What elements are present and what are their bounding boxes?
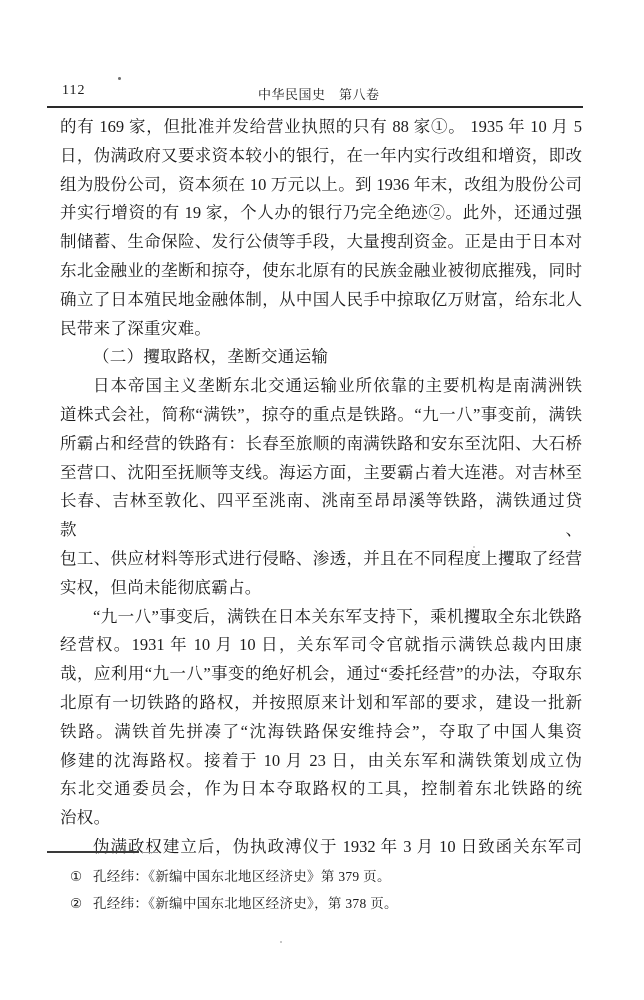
body-text: 的有 169 家，但批准并发给营业执照的只有 88 家①。 1935 年 10 …	[60, 113, 582, 862]
footnote-rule	[47, 851, 139, 853]
body-line: 确立了日本殖民地金融体制，从中国人民手中掠取亿万财富，给东北人	[60, 286, 582, 315]
scan-speck	[280, 941, 282, 943]
scan-speck	[118, 77, 121, 80]
body-line: 长春、吉林至敦化、四平至洮南、洮南至昂昂溪等铁路，满铁通过贷款、	[60, 487, 582, 545]
footnote-item: ②孔经纬：《新编中国东北地区经济史》，第 378 页。	[70, 890, 570, 917]
body-line: “九一八”事变后，满铁在日本关东军支持下，乘机攫取全东北铁路	[60, 603, 582, 632]
header-rule	[47, 106, 583, 108]
body-line: 经营权。1931 年 10 月 10 日，关东军司令官就指示满铁总裁内田康	[60, 631, 582, 660]
footnote-marker: ①	[70, 863, 93, 890]
body-line: 包工、供应材料等形式进行侵略、渗透，并且在不同程度上攫取了经营	[60, 545, 582, 574]
body-line: 东北交通委员会，作为日本夺取路权的工具，控制着东北铁路的统	[60, 775, 582, 804]
body-line: （二）攫取路权，垄断交通运输	[60, 343, 582, 372]
body-line: 哉，应利用“九一八”事变的绝好机会，通过“委托经营”的办法，夺取东	[60, 660, 582, 689]
body-line: 实权，但尚未能彻底霸占。	[60, 574, 582, 603]
footnotes: ①孔经纬：《新编中国东北地区经济史》第 379 页。②孔经纬：《新编中国东北地区…	[70, 863, 570, 917]
footnote-text: 孔经纬：《新编中国东北地区经济史》，第 378 页。	[93, 890, 570, 917]
body-line: 的有 169 家，但批准并发给营业执照的只有 88 家①。 1935 年 10 …	[60, 113, 582, 142]
body-line: 伪满政权建立后，伪执政溥仪于 1932 年 3 月 10 日致函关东军司	[60, 833, 582, 862]
body-line: 修建的沈海路权。接着于 10 月 23 日，由关东军和满铁策划成立伪	[60, 747, 582, 776]
body-line: 日，伪满政府又要求资本较小的银行，在一年内实行改组和增资，即改	[60, 142, 582, 171]
body-line: 道株式会社，简称“满铁”，掠夺的重点是铁路。“九一八”事变前，满铁	[60, 401, 582, 430]
body-line: 至营口、沈阳至抚顺等支线。海运方面，主要霸占着大连港。对吉林至	[60, 459, 582, 488]
body-line: 民带来了深重灾难。	[60, 315, 582, 344]
page-header: 112 中华民国史 第八卷	[60, 82, 582, 100]
book-page: 112 中华民国史 第八卷 的有 169 家，但批准并发给营业执照的只有 88 …	[0, 0, 644, 1000]
body-line: 所霸占和经营的铁路有：长春至旅顺的南满铁路和安东至沈阳、大石桥	[60, 430, 582, 459]
body-line: 治权。	[60, 804, 582, 833]
body-line: 并实行增资的有 19 家，个人办的银行乃完全绝迹②。此外，还通过强	[60, 199, 582, 228]
body-line: 铁路。满铁首先拼凑了“沈海铁路保安维持会”，夺取了中国人集资	[60, 718, 582, 747]
footnote-item: ①孔经纬：《新编中国东北地区经济史》第 379 页。	[70, 863, 570, 890]
body-line: 东北金融业的垄断和掠夺，使东北原有的民族金融业被彻底摧残，同时	[60, 257, 582, 286]
running-title: 中华民国史 第八卷	[258, 84, 380, 103]
body-line: 日本帝国主义垄断东北交通运输业所依靠的主要机构是南满洲铁	[60, 372, 582, 401]
page-number: 112	[62, 83, 85, 99]
footnote-marker: ②	[70, 890, 93, 917]
body-line: 北原有一切铁路的路权，并按照原来计划和军部的要求，建设一批新	[60, 689, 582, 718]
body-line: 组为股份公司，资本须在 10 万元以上。到 1936 年末，改组为股份公司	[60, 171, 582, 200]
footnote-text: 孔经纬：《新编中国东北地区经济史》第 379 页。	[93, 863, 570, 890]
scan-speck	[473, 546, 475, 548]
footnote-rule-fade	[142, 852, 158, 853]
body-line: 制储蓄、生命保险、发行公债等手段，大量搜刮资金。正是由于日本对	[60, 228, 582, 257]
